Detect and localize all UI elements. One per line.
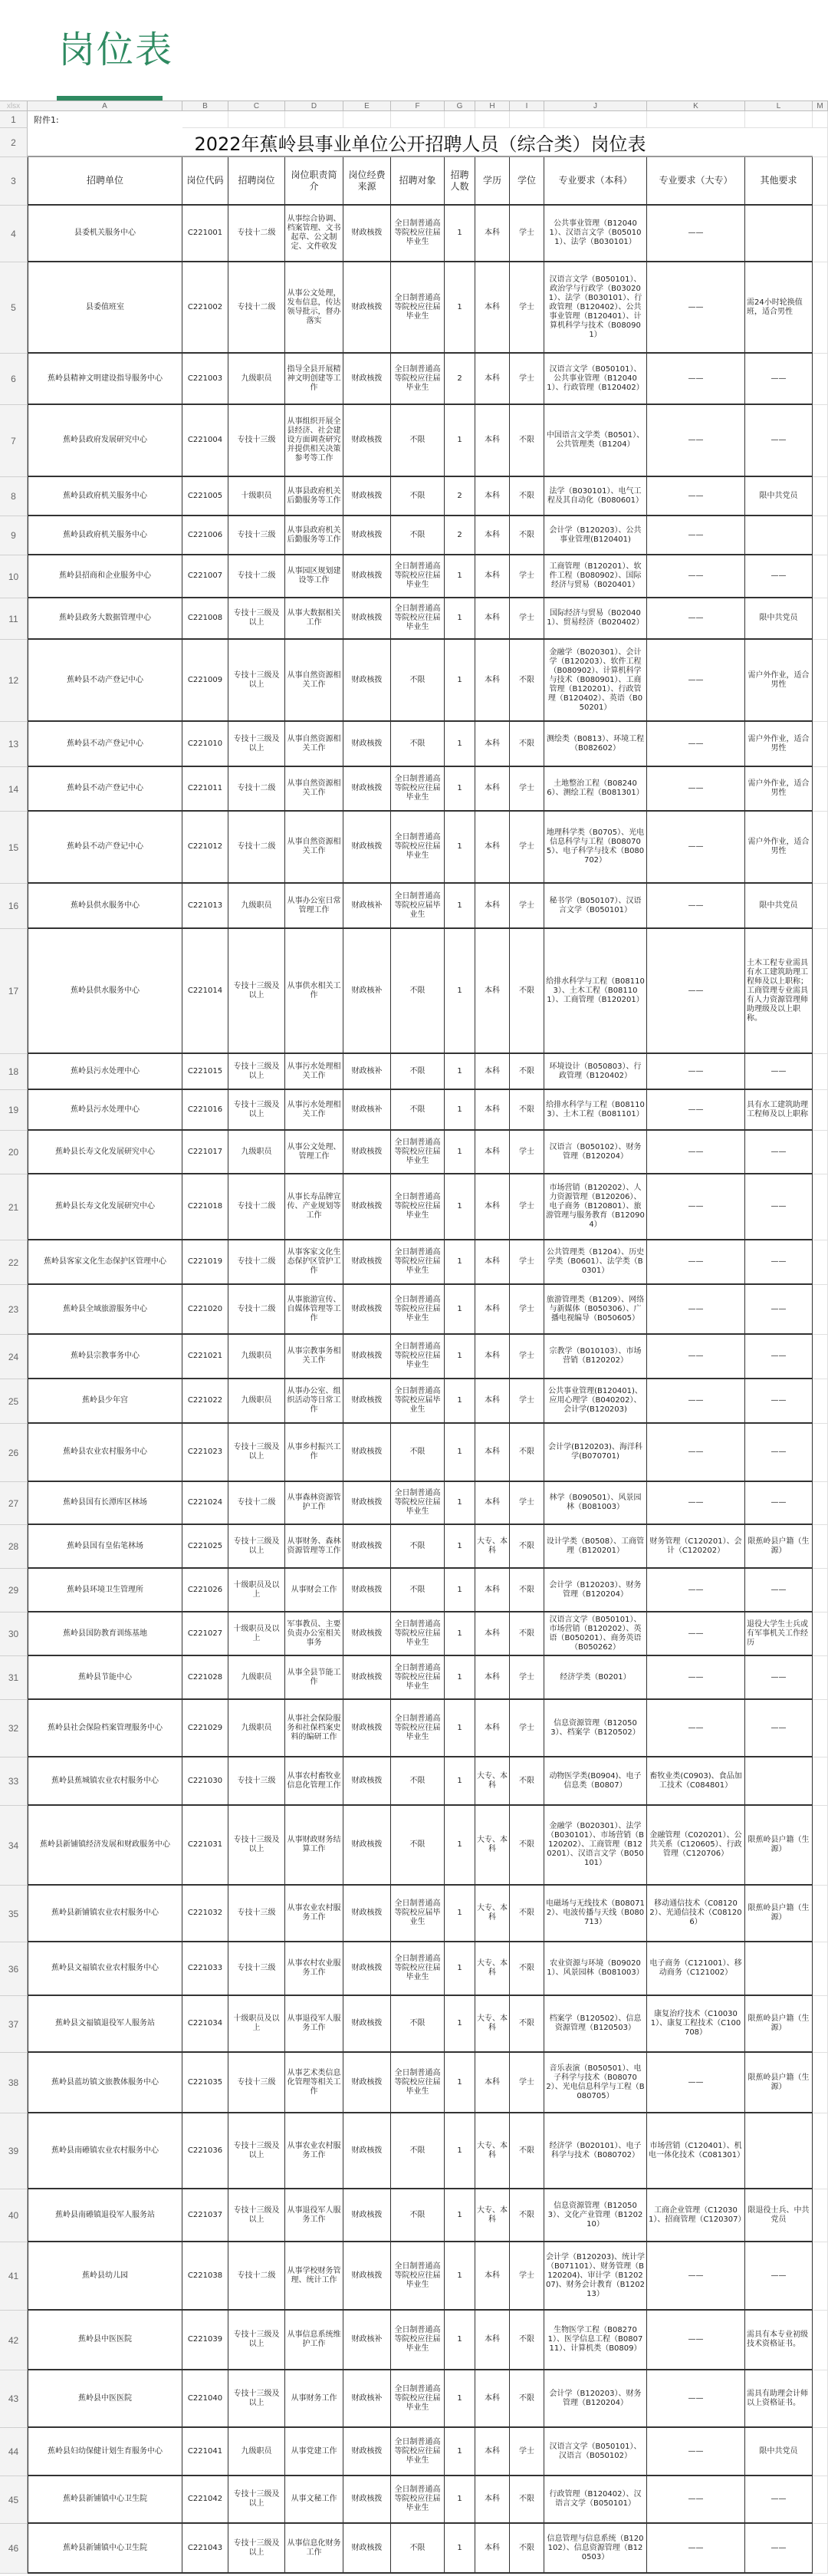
headcount-cell: 1 bbox=[445, 884, 475, 929]
column-header-b[interactable]: B bbox=[182, 100, 228, 111]
degree-cell: 不限 bbox=[510, 1996, 544, 2053]
empty-cell[interactable] bbox=[813, 598, 828, 640]
funding-cell: 财政核拨 bbox=[343, 1569, 391, 1612]
empty-cell[interactable] bbox=[813, 2053, 828, 2113]
empty-cell[interactable] bbox=[813, 128, 828, 157]
unit-cell: 蕉岭县妇幼保健计划生育服务中心 bbox=[28, 2428, 182, 2476]
funding-cell: 财政核拨 bbox=[343, 555, 391, 598]
empty-cell[interactable] bbox=[813, 206, 828, 262]
other-req-cell: —— bbox=[745, 1240, 813, 1285]
target-cell: 不限 bbox=[391, 1757, 445, 1806]
column-header-c[interactable]: C bbox=[228, 100, 285, 111]
row-header[interactable]: 39 bbox=[0, 2113, 28, 2189]
post-code-cell: C221022 bbox=[182, 1379, 228, 1424]
empty-cell[interactable] bbox=[813, 1806, 828, 1886]
major-college-cell: —— bbox=[647, 405, 745, 477]
degree-cell: 学士 bbox=[510, 598, 544, 640]
major-college-cell: —— bbox=[647, 1174, 745, 1240]
row-header[interactable]: 26 bbox=[0, 1424, 28, 1482]
post-code-cell: C221035 bbox=[182, 2053, 228, 2113]
major-college-cell: 畜牧业类(C0903)、食品加工技术（C084801） bbox=[647, 1757, 745, 1806]
post-name-cell: 专技十二级 bbox=[228, 262, 285, 354]
duty-cell: 从事办公室、组织活动等日常工作 bbox=[285, 1379, 343, 1424]
major-bachelor-cell: 法学（B030101）、电气工程及其自动化（B080601） bbox=[544, 477, 647, 516]
empty-cell[interactable] bbox=[745, 111, 813, 128]
empty-cell[interactable] bbox=[813, 354, 828, 405]
column-title: 岗位职责简介 bbox=[285, 157, 343, 206]
post-code-cell: C221024 bbox=[182, 1482, 228, 1525]
headcount-cell: 1 bbox=[445, 1054, 475, 1090]
major-bachelor-cell: 会计学（B120203)、统计学（B071101）、财务管理（B120204)、… bbox=[544, 2242, 647, 2311]
other-req-cell: 需户外作业，适合男性 bbox=[745, 812, 813, 884]
row-header[interactable]: 5 bbox=[0, 262, 28, 354]
row-header[interactable]: 13 bbox=[0, 722, 28, 767]
empty-cell[interactable] bbox=[813, 477, 828, 516]
post-name-cell: 九级职员 bbox=[228, 1335, 285, 1379]
duty-cell: 从事旅游宣传、自媒体管理等工作 bbox=[285, 1285, 343, 1335]
major-bachelor-cell: 档案学（B120502）、信息资源管理（B120503） bbox=[544, 1996, 647, 2053]
column-header-h[interactable]: H bbox=[475, 100, 510, 111]
education-cell: 本科 bbox=[475, 1335, 510, 1379]
unit-cell: 蕉岭县供水服务中心 bbox=[28, 929, 182, 1054]
empty-cell[interactable] bbox=[813, 2370, 828, 2428]
sheet-title: 2022年蕉岭县事业单位公开招聘人员（综合类）岗位表 bbox=[28, 128, 813, 157]
duty-cell: 从事森林资源管护工作 bbox=[285, 1482, 343, 1525]
post-name-cell: 专技十三级及以上 bbox=[228, 598, 285, 640]
other-req-cell: 限中共党员 bbox=[745, 598, 813, 640]
row-header[interactable]: 15 bbox=[0, 812, 28, 884]
headcount-cell: 1 bbox=[445, 1379, 475, 1424]
empty-cell[interactable] bbox=[813, 640, 828, 722]
post-code-cell: C221012 bbox=[182, 812, 228, 884]
major-bachelor-cell: 公共事业管理(B120401)、应用心理学（B040202）、会计学(B1202… bbox=[544, 1379, 647, 1424]
headcount-cell: 1 bbox=[445, 1131, 475, 1174]
empty-cell[interactable] bbox=[813, 2189, 828, 2242]
education-cell: 大专、本科 bbox=[475, 1886, 510, 1942]
unit-cell: 蕉岭县环境卫生管理所 bbox=[28, 1569, 182, 1612]
headcount-cell: 1 bbox=[445, 640, 475, 722]
empty-cell[interactable] bbox=[813, 767, 828, 812]
post-code-cell: C221026 bbox=[182, 1569, 228, 1612]
education-cell: 本科 bbox=[475, 354, 510, 405]
row-header[interactable]: 20 bbox=[0, 1131, 28, 1174]
post-code-cell: C221007 bbox=[182, 555, 228, 598]
funding-cell: 财政核补 bbox=[343, 1054, 391, 1090]
empty-cell[interactable] bbox=[544, 111, 647, 128]
headcount-cell: 1 bbox=[445, 1424, 475, 1482]
education-cell: 本科 bbox=[475, 812, 510, 884]
row-header[interactable]: 41 bbox=[0, 2242, 28, 2311]
duty-cell: 从事公文处理、管理工作 bbox=[285, 1131, 343, 1174]
funding-cell: 财政核拨 bbox=[343, 206, 391, 262]
row-header[interactable]: 10 bbox=[0, 555, 28, 598]
row-header[interactable]: 43 bbox=[0, 2370, 28, 2428]
row-header[interactable]: 34 bbox=[0, 1806, 28, 1886]
unit-cell: 蕉岭县农业农村服务中心 bbox=[28, 1424, 182, 1482]
empty-cell[interactable] bbox=[813, 405, 828, 477]
headcount-cell: 1 bbox=[445, 1886, 475, 1942]
duty-cell: 从事县政府机关后勤服务等工作 bbox=[285, 516, 343, 555]
post-code-cell: C221014 bbox=[182, 929, 228, 1054]
target-cell: 不限 bbox=[391, 2189, 445, 2242]
headcount-cell: 1 bbox=[445, 2242, 475, 2311]
column-title: 专业要求（大专） bbox=[647, 157, 745, 206]
other-req-cell bbox=[745, 2113, 813, 2189]
empty-cell[interactable] bbox=[343, 111, 391, 128]
row-header[interactable]: 30 bbox=[0, 1612, 28, 1656]
target-cell: 全日制普通高等院校应往届毕业生 bbox=[391, 206, 445, 262]
target-cell: 全日制普通高等院校应往届毕业生 bbox=[391, 812, 445, 884]
row-header[interactable]: 46 bbox=[0, 2524, 28, 2574]
other-req-cell: 限中共党员 bbox=[745, 477, 813, 516]
row-header[interactable]: 35 bbox=[0, 1886, 28, 1942]
column-header-f[interactable]: F bbox=[391, 100, 445, 111]
education-cell: 本科 bbox=[475, 1700, 510, 1757]
row-header[interactable]: 21 bbox=[0, 1174, 28, 1240]
post-name-cell: 专技十三级及以上 bbox=[228, 2370, 285, 2428]
other-req-cell: 限蕉岭县户籍（生源） bbox=[745, 1525, 813, 1569]
unit-cell: 蕉岭县污水处理中心 bbox=[28, 1054, 182, 1090]
funding-cell: 财政核拨 bbox=[343, 1131, 391, 1174]
row-header[interactable]: 9 bbox=[0, 516, 28, 555]
other-req-cell bbox=[745, 206, 813, 262]
page-heading: 岗位表 bbox=[58, 20, 173, 73]
empty-cell[interactable] bbox=[813, 111, 828, 128]
education-cell: 本科 bbox=[475, 1612, 510, 1656]
empty-cell[interactable] bbox=[647, 111, 745, 128]
major-college-cell: —— bbox=[647, 1424, 745, 1482]
target-cell: 全日制普通高等院校应往届毕业生 bbox=[391, 2053, 445, 2113]
duty-cell: 军事教员、主要负责办公室相关事务 bbox=[285, 1612, 343, 1656]
headcount-cell: 1 bbox=[445, 2476, 475, 2524]
empty-cell[interactable] bbox=[813, 2311, 828, 2370]
empty-cell[interactable] bbox=[813, 884, 828, 929]
unit-cell: 蕉岭县政府机关服务中心 bbox=[28, 477, 182, 516]
education-cell: 本科 bbox=[475, 1285, 510, 1335]
major-bachelor-cell: 信息管理与信息系统（B120102）、信息资源管理（B120503） bbox=[544, 2524, 647, 2574]
row-header[interactable]: 44 bbox=[0, 2428, 28, 2476]
degree-cell: 不限 bbox=[510, 1612, 544, 1656]
row-header[interactable]: 6 bbox=[0, 354, 28, 405]
post-name-cell: 专技十三级及以上 bbox=[228, 722, 285, 767]
row-header[interactable]: 1 bbox=[0, 111, 28, 128]
column-header-a[interactable]: A bbox=[28, 100, 182, 111]
degree-cell: 不限 bbox=[510, 1054, 544, 1090]
row-header[interactable]: 12 bbox=[0, 640, 28, 722]
post-name-cell: 十级职员及以上 bbox=[228, 1569, 285, 1612]
funding-cell: 财政核拨 bbox=[343, 1942, 391, 1996]
column-header-g[interactable]: G bbox=[445, 100, 475, 111]
degree-cell: 学士 bbox=[510, 1240, 544, 1285]
empty-cell[interactable] bbox=[813, 1700, 828, 1757]
education-cell: 本科 bbox=[475, 477, 510, 516]
degree-cell: 不限 bbox=[510, 929, 544, 1054]
degree-cell: 学士 bbox=[510, 884, 544, 929]
funding-cell: 财政核拨 bbox=[343, 1174, 391, 1240]
post-code-cell: C221042 bbox=[182, 2476, 228, 2524]
empty-cell[interactable] bbox=[813, 1424, 828, 1482]
degree-cell: 学士 bbox=[510, 812, 544, 884]
empty-cell[interactable] bbox=[813, 2113, 828, 2189]
target-cell: 全日制普通高等院校应往届毕业生 bbox=[391, 1942, 445, 1996]
funding-cell: 财政核拨 bbox=[343, 2476, 391, 2524]
education-cell: 大专、本科 bbox=[475, 1996, 510, 2053]
major-bachelor-cell: 汉语言文学（B050101）、汉语言（B050102） bbox=[544, 2428, 647, 2476]
empty-cell[interactable] bbox=[813, 1174, 828, 1240]
empty-cell[interactable] bbox=[813, 1285, 828, 1335]
row-header[interactable]: 45 bbox=[0, 2476, 28, 2524]
unit-cell: 蕉岭县全域旅游服务中心 bbox=[28, 1285, 182, 1335]
column-header-e[interactable]: E bbox=[343, 100, 391, 111]
major-bachelor-cell: 汉语言文学（B050101）、市场营销（B120202）、英语（B050201）… bbox=[544, 1612, 647, 1656]
duty-cell: 从事自然资源相关工作 bbox=[285, 812, 343, 884]
empty-cell[interactable] bbox=[813, 2242, 828, 2311]
post-code-cell: C221008 bbox=[182, 598, 228, 640]
post-code-cell: C221021 bbox=[182, 1335, 228, 1379]
funding-cell: 财政核补 bbox=[343, 2311, 391, 2370]
unit-cell: 蕉岭县新铺镇农业农村服务中心 bbox=[28, 1886, 182, 1942]
column-header-i[interactable]: I bbox=[510, 100, 544, 111]
target-cell: 全日制普通高等院校应往届毕业生 bbox=[391, 2370, 445, 2428]
empty-cell[interactable] bbox=[813, 1656, 828, 1700]
post-code-cell: C221034 bbox=[182, 1996, 228, 2053]
funding-cell: 财政核拨 bbox=[343, 1240, 391, 1285]
empty-cell[interactable] bbox=[813, 1054, 828, 1090]
row-header[interactable]: 19 bbox=[0, 1090, 28, 1131]
empty-cell[interactable] bbox=[813, 722, 828, 767]
empty-cell[interactable] bbox=[813, 1525, 828, 1569]
post-code-cell: C221038 bbox=[182, 2242, 228, 2311]
major-college-cell: 工商企业管理（C120301）、招商管理（C120307） bbox=[647, 2189, 745, 2242]
row-header[interactable]: 8 bbox=[0, 477, 28, 516]
row-header[interactable]: 22 bbox=[0, 1240, 28, 1285]
empty-cell[interactable] bbox=[285, 111, 343, 128]
row-header[interactable]: 17 bbox=[0, 929, 28, 1054]
funding-cell: 财政核拨 bbox=[343, 1612, 391, 1656]
column-title: 岗位代码 bbox=[182, 157, 228, 206]
empty-cell[interactable] bbox=[813, 1612, 828, 1656]
major-bachelor-cell: 工商管理（B120201）、软件工程（B080902）、国际经济与贸易（B020… bbox=[544, 555, 647, 598]
duty-cell: 从事退役军人服务工作 bbox=[285, 1996, 343, 2053]
headcount-cell: 1 bbox=[445, 767, 475, 812]
row-header[interactable]: 16 bbox=[0, 884, 28, 929]
row-header[interactable]: 37 bbox=[0, 1996, 28, 2053]
degree-cell: 学士 bbox=[510, 1379, 544, 1424]
other-req-cell: 限中共党员 bbox=[745, 884, 813, 929]
column-header-m[interactable]: M bbox=[813, 100, 828, 111]
other-req-cell: —— bbox=[745, 1424, 813, 1482]
row-header[interactable]: 4 bbox=[0, 206, 28, 262]
post-code-cell: C221019 bbox=[182, 1240, 228, 1285]
unit-cell: 蕉岭县长寿文化发展研究中心 bbox=[28, 1174, 182, 1240]
row-header[interactable]: 24 bbox=[0, 1335, 28, 1379]
major-bachelor-cell: 会计学（B120203）、财务管理（B120204） bbox=[544, 1569, 647, 1612]
empty-cell[interactable] bbox=[813, 1131, 828, 1174]
post-name-cell: 专技十三级 bbox=[228, 2053, 285, 2113]
row-header[interactable]: 11 bbox=[0, 598, 28, 640]
major-bachelor-cell: 会计学（B120203）、财务管理（B120204） bbox=[544, 2370, 647, 2428]
target-cell: 不限 bbox=[391, 1806, 445, 1886]
row-header[interactable]: 36 bbox=[0, 1942, 28, 1996]
empty-cell[interactable] bbox=[813, 1482, 828, 1525]
other-req-cell: —— bbox=[745, 1700, 813, 1757]
empty-cell[interactable] bbox=[813, 1757, 828, 1806]
column-title: 学历 bbox=[475, 157, 510, 206]
major-bachelor-cell: 公共事业管理（B120401）、汉语言文学（B050101）、法学（B03010… bbox=[544, 206, 647, 262]
funding-cell: 财政核拨 bbox=[343, 1424, 391, 1482]
headcount-cell: 1 bbox=[445, 598, 475, 640]
funding-cell: 财政核拨 bbox=[343, 354, 391, 405]
education-cell: 本科 bbox=[475, 598, 510, 640]
empty-cell[interactable] bbox=[445, 111, 475, 128]
unit-cell: 蕉岭县政府机关服务中心 bbox=[28, 516, 182, 555]
major-bachelor-cell: 信息资源管理（B120503）、档案学（B120502） bbox=[544, 1700, 647, 1757]
post-code-cell: C221018 bbox=[182, 1174, 228, 1240]
empty-cell[interactable] bbox=[813, 1886, 828, 1942]
education-cell: 本科 bbox=[475, 929, 510, 1054]
major-college-cell: —— bbox=[647, 477, 745, 516]
education-cell: 本科 bbox=[475, 405, 510, 477]
empty-cell[interactable] bbox=[391, 111, 445, 128]
empty-cell[interactable] bbox=[813, 157, 828, 206]
empty-cell[interactable] bbox=[813, 1379, 828, 1424]
empty-cell[interactable] bbox=[813, 929, 828, 1054]
post-code-cell: C221039 bbox=[182, 2311, 228, 2370]
degree-cell: 不限 bbox=[510, 2311, 544, 2370]
row-header[interactable]: 18 bbox=[0, 1054, 28, 1090]
row-header[interactable]: 40 bbox=[0, 2189, 28, 2242]
row-header[interactable]: 23 bbox=[0, 1285, 28, 1335]
unit-cell: 蕉岭县招商和企业服务中心 bbox=[28, 555, 182, 598]
row-header[interactable]: 3 bbox=[0, 157, 28, 206]
other-req-cell: 具有水工建筑助理工程师及以上职称 bbox=[745, 1090, 813, 1131]
column-header-j[interactable]: J bbox=[544, 100, 647, 111]
post-code-cell: C221025 bbox=[182, 1525, 228, 1569]
row-header[interactable]: 27 bbox=[0, 1482, 28, 1525]
column-title: 专业要求（本科） bbox=[544, 157, 647, 206]
empty-cell[interactable] bbox=[813, 1090, 828, 1131]
major-bachelor-cell: 地理科学类（B0705）、光电信息科学与工程（B080705）、电子科学与技术（… bbox=[544, 812, 647, 884]
major-bachelor-cell: 市场营销（B120202）、人力资源管理（B120206）、电子商务（B1208… bbox=[544, 1174, 647, 1240]
duty-cell: 从事信息系统维护工作 bbox=[285, 2311, 343, 2370]
education-cell: 本科 bbox=[475, 1240, 510, 1285]
funding-cell: 财政核拨 bbox=[343, 640, 391, 722]
target-cell: 全日制普通高等院校应往届毕业生 bbox=[391, 2476, 445, 2524]
degree-cell: 学士 bbox=[510, 206, 544, 262]
empty-cell[interactable] bbox=[228, 111, 285, 128]
row-header[interactable]: 32 bbox=[0, 1700, 28, 1757]
post-name-cell: 专技十三级及以上 bbox=[228, 929, 285, 1054]
row-header[interactable]: 33 bbox=[0, 1757, 28, 1806]
empty-cell[interactable] bbox=[182, 111, 228, 128]
row-header[interactable]: 14 bbox=[0, 767, 28, 812]
other-req-cell: —— bbox=[745, 2524, 813, 2574]
major-college-cell: —— bbox=[647, 1700, 745, 1757]
unit-cell: 蕉岭县政府发展研究中心 bbox=[28, 405, 182, 477]
post-name-cell: 九级职员 bbox=[228, 884, 285, 929]
headcount-cell: 2 bbox=[445, 516, 475, 555]
row-header[interactable]: 25 bbox=[0, 1379, 28, 1424]
column-header-l[interactable]: L bbox=[745, 100, 813, 111]
target-cell: 全日制普通高等院校应届毕业生 bbox=[391, 1886, 445, 1942]
education-cell: 本科 bbox=[475, 1569, 510, 1612]
row-header[interactable]: 38 bbox=[0, 2053, 28, 2113]
degree-cell: 学士 bbox=[510, 1656, 544, 1700]
empty-cell[interactable] bbox=[813, 555, 828, 598]
column-header-d[interactable]: D bbox=[285, 100, 343, 111]
empty-cell[interactable] bbox=[813, 2524, 828, 2574]
education-cell: 本科 bbox=[475, 555, 510, 598]
other-req-cell: —— bbox=[745, 354, 813, 405]
row-header[interactable]: 29 bbox=[0, 1569, 28, 1612]
post-code-cell: C221002 bbox=[182, 262, 228, 354]
headcount-cell: 1 bbox=[445, 1612, 475, 1656]
empty-cell[interactable] bbox=[475, 111, 510, 128]
major-college-cell: —— bbox=[647, 516, 745, 555]
duty-cell: 从事综合协调、档案管理、文书起草、公文制定、文件收发 bbox=[285, 206, 343, 262]
empty-cell[interactable] bbox=[813, 1996, 828, 2053]
empty-cell[interactable] bbox=[813, 2428, 828, 2476]
empty-cell[interactable] bbox=[813, 516, 828, 555]
major-bachelor-cell: 行政管理（B120402）、汉语言文学（B050101） bbox=[544, 2476, 647, 2524]
empty-cell[interactable] bbox=[813, 1569, 828, 1612]
education-cell: 本科 bbox=[475, 767, 510, 812]
unit-cell: 蕉岭县供水服务中心 bbox=[28, 884, 182, 929]
unit-cell: 蕉岭县宗教事务中心 bbox=[28, 1335, 182, 1379]
major-bachelor-cell: 经济学（B020101）、电子科学与技术（B080702） bbox=[544, 2113, 647, 2189]
education-cell: 大专、本科 bbox=[475, 2189, 510, 2242]
empty-cell[interactable] bbox=[813, 1942, 828, 1996]
degree-cell: 不限 bbox=[510, 722, 544, 767]
education-cell: 本科 bbox=[475, 2428, 510, 2476]
target-cell: 全日制普通高等院校应往届毕业生 bbox=[391, 354, 445, 405]
empty-cell[interactable] bbox=[813, 1335, 828, 1379]
other-req-cell bbox=[745, 1942, 813, 1996]
duty-cell: 从事办公室日常管理工作 bbox=[285, 884, 343, 929]
major-bachelor-cell: 中国语言文学类（B0501）、公共管理类（B1204） bbox=[544, 405, 647, 477]
target-cell: 全日制普通高等院校应往届毕业生 bbox=[391, 262, 445, 354]
empty-cell[interactable] bbox=[813, 812, 828, 884]
column-header-k[interactable]: K bbox=[647, 100, 745, 111]
row-header[interactable]: 28 bbox=[0, 1525, 28, 1569]
funding-cell: 财政核拨 bbox=[343, 2053, 391, 2113]
empty-cell[interactable] bbox=[813, 262, 828, 354]
row-header[interactable]: 2 bbox=[0, 128, 28, 157]
degree-cell: 不限 bbox=[510, 1424, 544, 1482]
other-req-cell: 限蕉岭县户籍（生源） bbox=[745, 1886, 813, 1942]
major-college-cell: —— bbox=[647, 929, 745, 1054]
row-header[interactable]: 31 bbox=[0, 1656, 28, 1700]
duty-cell: 从事财会工作 bbox=[285, 1569, 343, 1612]
post-name-cell: 专技十二级 bbox=[228, 1482, 285, 1525]
post-code-cell: C221023 bbox=[182, 1424, 228, 1482]
major-bachelor-cell: 国际经济与贸易（B020401）、贸易经济（B020402） bbox=[544, 598, 647, 640]
degree-cell: 不限 bbox=[510, 1757, 544, 1806]
target-cell: 不限 bbox=[391, 640, 445, 722]
funding-cell: 财政核拨 bbox=[343, 1700, 391, 1757]
row-header[interactable]: 42 bbox=[0, 2311, 28, 2370]
row-header[interactable]: 7 bbox=[0, 405, 28, 477]
empty-cell[interactable] bbox=[510, 111, 544, 128]
major-college-cell: —— bbox=[647, 555, 745, 598]
funding-cell: 财政核拨 bbox=[343, 1806, 391, 1886]
empty-cell[interactable] bbox=[813, 1240, 828, 1285]
other-req-cell: —— bbox=[745, 1174, 813, 1240]
education-cell: 本科 bbox=[475, 1054, 510, 1090]
headcount-cell: 1 bbox=[445, 2113, 475, 2189]
empty-cell[interactable] bbox=[813, 2476, 828, 2524]
major-bachelor-cell: 金融学（B020301）、法学（B030101）、市场营销（B120202）、工… bbox=[544, 1806, 647, 1886]
